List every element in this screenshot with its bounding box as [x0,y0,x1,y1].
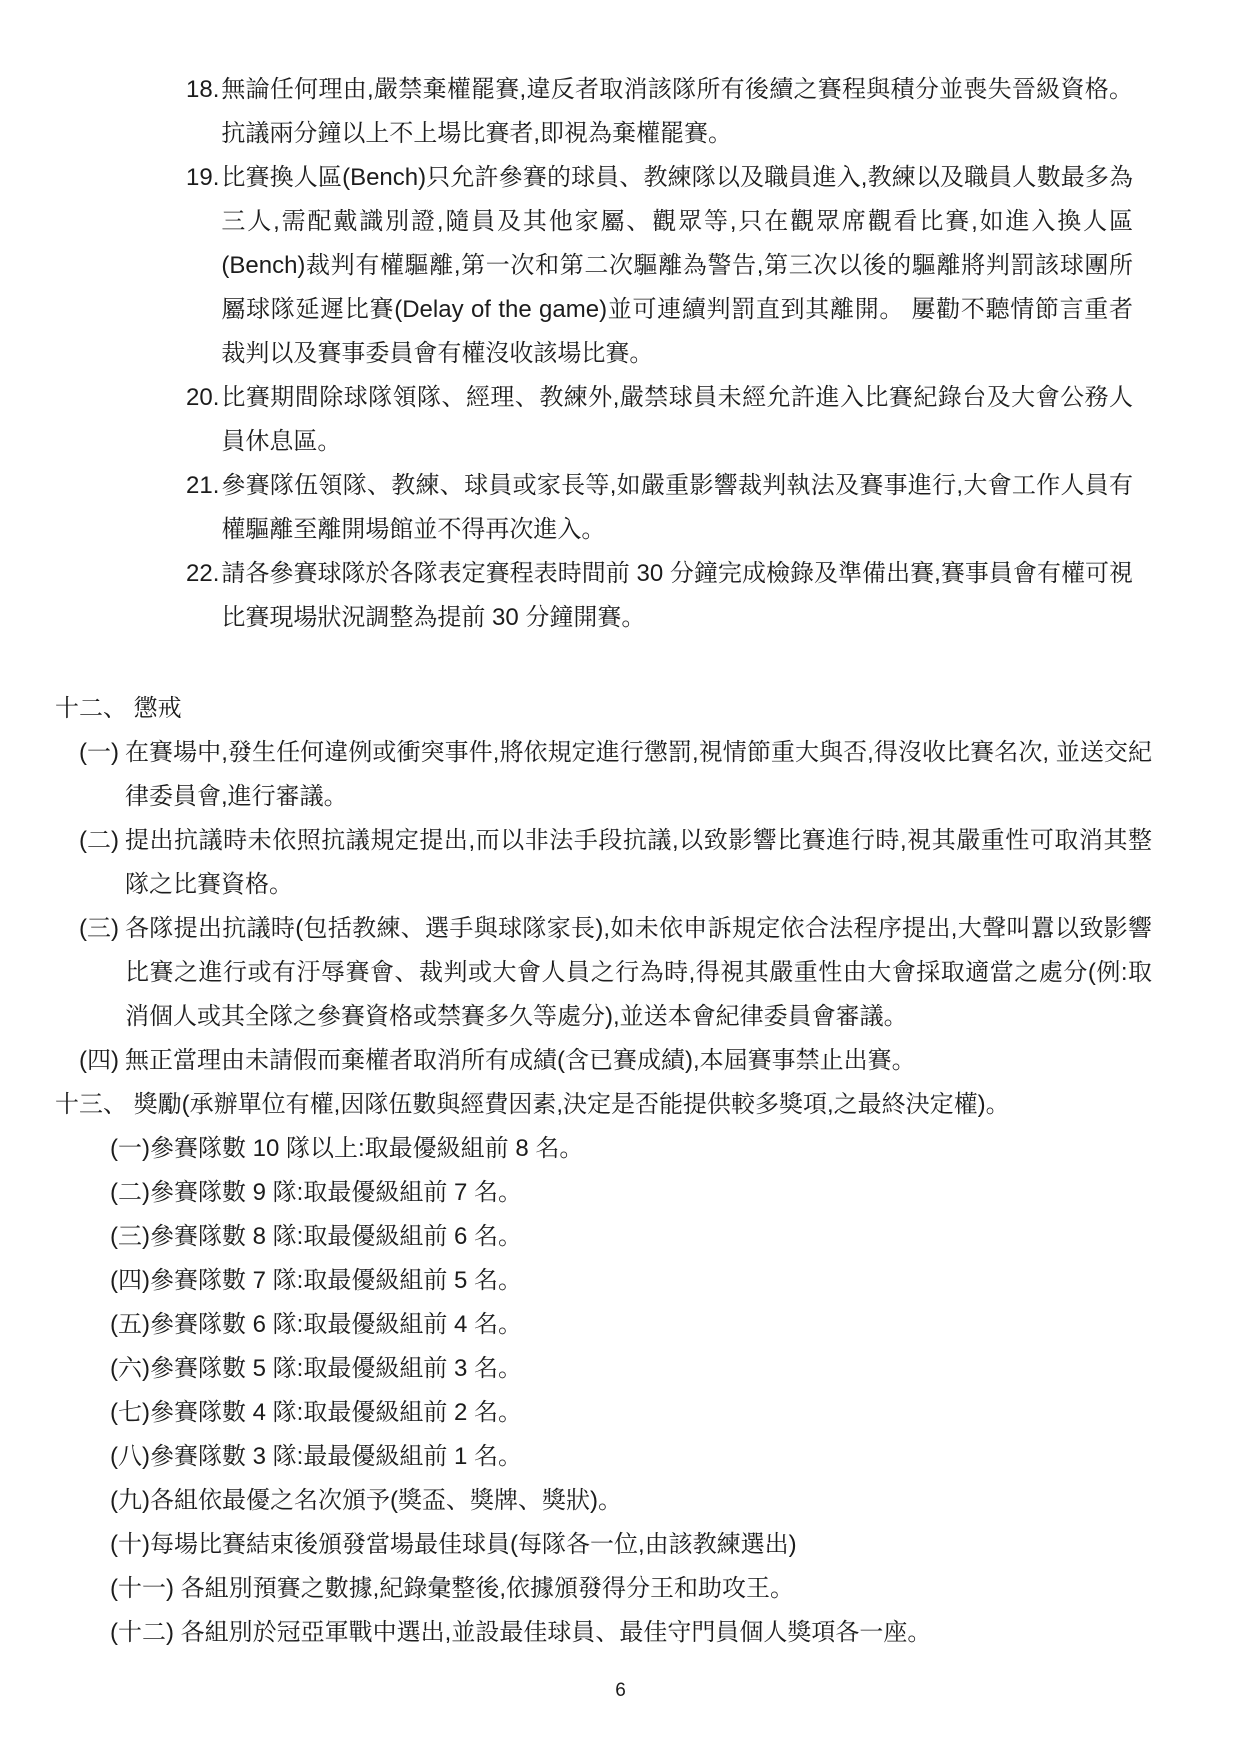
award-item-11: (十一) 各組別預賽之數據,紀錄彙整後,依據頒發得分王和助攻王。 [110,1567,1181,1611]
discipline-item-2: (二) 提出抗議時未依照抗議規定提出,而以非法手段抗議,以致影響比賽進行時,視其… [79,819,1152,907]
award-item-3: (三)參賽隊數 8 隊:取最優級組前 6 名。 [110,1215,1181,1259]
discipline-label: (二) [79,819,119,863]
discipline-item-1: (一) 在賽場中,發生任何違例或衝突事件,將依規定進行懲罰,視情節重大與否,得沒… [79,731,1152,819]
discipline-label: (四) [79,1039,119,1083]
rule-item-22: 22. 請各參賽球隊於各隊表定賽程表時間前 30 分鐘完成檢錄及準備出賽,賽事員… [186,552,1133,640]
award-item-1: (一)參賽隊數 10 隊以上:取最優級組前 8 名。 [110,1127,1181,1171]
rules-list: 18. 無論任何理由,嚴禁棄權罷賽,違反者取消該隊所有後續之賽程與積分並喪失晉級… [0,68,1241,640]
award-item-2: (二)參賽隊數 9 隊:取最優級組前 7 名。 [110,1171,1181,1215]
discipline-text: 無正當理由未請假而棄權者取消所有成績(含已賽成績),本屆賽事禁止出賽。 [125,1039,1152,1083]
discipline-label: (三) [79,907,119,951]
award-item-6: (六)參賽隊數 5 隊:取最優級組前 3 名。 [110,1347,1181,1391]
discipline-text: 在賽場中,發生任何違例或衝突事件,將依規定進行懲罰,視情節重大與否,得沒收比賽名… [125,731,1152,819]
rule-text: 比賽期間除球隊領隊、經理、教練外,嚴禁球員未經允許進入比賽紀錄台及大會公務人員休… [221,376,1133,464]
rule-item-18: 18. 無論任何理由,嚴禁棄權罷賽,違反者取消該隊所有後續之賽程與積分並喪失晉級… [186,68,1133,156]
rule-text: 請各參賽球隊於各隊表定賽程表時間前 30 分鐘完成檢錄及準備出賽,賽事員會有權可… [221,552,1133,640]
award-item-9: (九)各組依最優之名次頒予(獎盃、獎牌、獎狀)。 [110,1479,1181,1523]
rule-number: 19. [186,156,221,200]
discipline-item-4: (四) 無正當理由未請假而棄權者取消所有成績(含已賽成績),本屆賽事禁止出賽。 [79,1039,1152,1083]
award-item-12: (十二) 各組別於冠亞軍戰中選出,並設最佳球員、最佳守門員個人獎項各一座。 [110,1611,1181,1655]
discipline-list: (一) 在賽場中,發生任何違例或衝突事件,將依規定進行懲罰,視情節重大與否,得沒… [0,731,1241,1083]
page-number: 6 [0,1678,1241,1704]
section-heading-13: 十三、 獎勵(承辦單位有權,因隊伍數與經費因素,決定是否能提供較多獎項,之最終決… [0,1083,1241,1127]
award-item-8: (八)參賽隊數 3 隊:最最優級組前 1 名。 [110,1435,1181,1479]
rule-text: 無論任何理由,嚴禁棄權罷賽,違反者取消該隊所有後續之賽程與積分並喪失晉級資格。抗… [221,68,1133,156]
awards-list: (一)參賽隊數 10 隊以上:取最優級組前 8 名。 (二)參賽隊數 9 隊:取… [0,1127,1241,1655]
rule-text: 參賽隊伍領隊、教練、球員或家長等,如嚴重影響裁判執法及賽事進行,大會工作人員有權… [221,464,1133,552]
discipline-label: (一) [79,731,119,775]
section-heading-12: 十二、 懲戒 [0,687,1241,731]
rule-number: 18. [186,68,221,112]
discipline-item-3: (三) 各隊提出抗議時(包括教練、選手與球隊家長),如未依申訴規定依合法程序提出… [79,907,1152,1039]
rule-text: 比賽換人區(Bench)只允許參賽的球員、教練隊以及職員進入,教練以及職員人數最… [221,156,1133,376]
rule-item-19: 19. 比賽換人區(Bench)只允許參賽的球員、教練隊以及職員進入,教練以及職… [186,156,1133,376]
award-item-7: (七)參賽隊數 4 隊:取最優級組前 2 名。 [110,1391,1181,1435]
rule-item-20: 20. 比賽期間除球隊領隊、經理、教練外,嚴禁球員未經允許進入比賽紀錄台及大會公… [186,376,1133,464]
discipline-text: 各隊提出抗議時(包括教練、選手與球隊家長),如未依申訴規定依合法程序提出,大聲叫… [125,907,1152,1039]
discipline-text: 提出抗議時未依照抗議規定提出,而以非法手段抗議,以致影響比賽進行時,視其嚴重性可… [125,819,1152,907]
award-item-10: (十)每場比賽結束後頒發當場最佳球員(每隊各一位,由該教練選出) [110,1523,1181,1567]
rule-number: 21. [186,464,221,508]
award-item-4: (四)參賽隊數 7 隊:取最優級組前 5 名。 [110,1259,1181,1303]
award-item-5: (五)參賽隊數 6 隊:取最優級組前 4 名。 [110,1303,1181,1347]
rule-number: 20. [186,376,221,420]
rule-number: 22. [186,552,221,596]
document-page: 18. 無論任何理由,嚴禁棄權罷賽,違反者取消該隊所有後續之賽程與積分並喪失晉級… [0,0,1241,1755]
rule-item-21: 21. 參賽隊伍領隊、教練、球員或家長等,如嚴重影響裁判執法及賽事進行,大會工作… [186,464,1133,552]
